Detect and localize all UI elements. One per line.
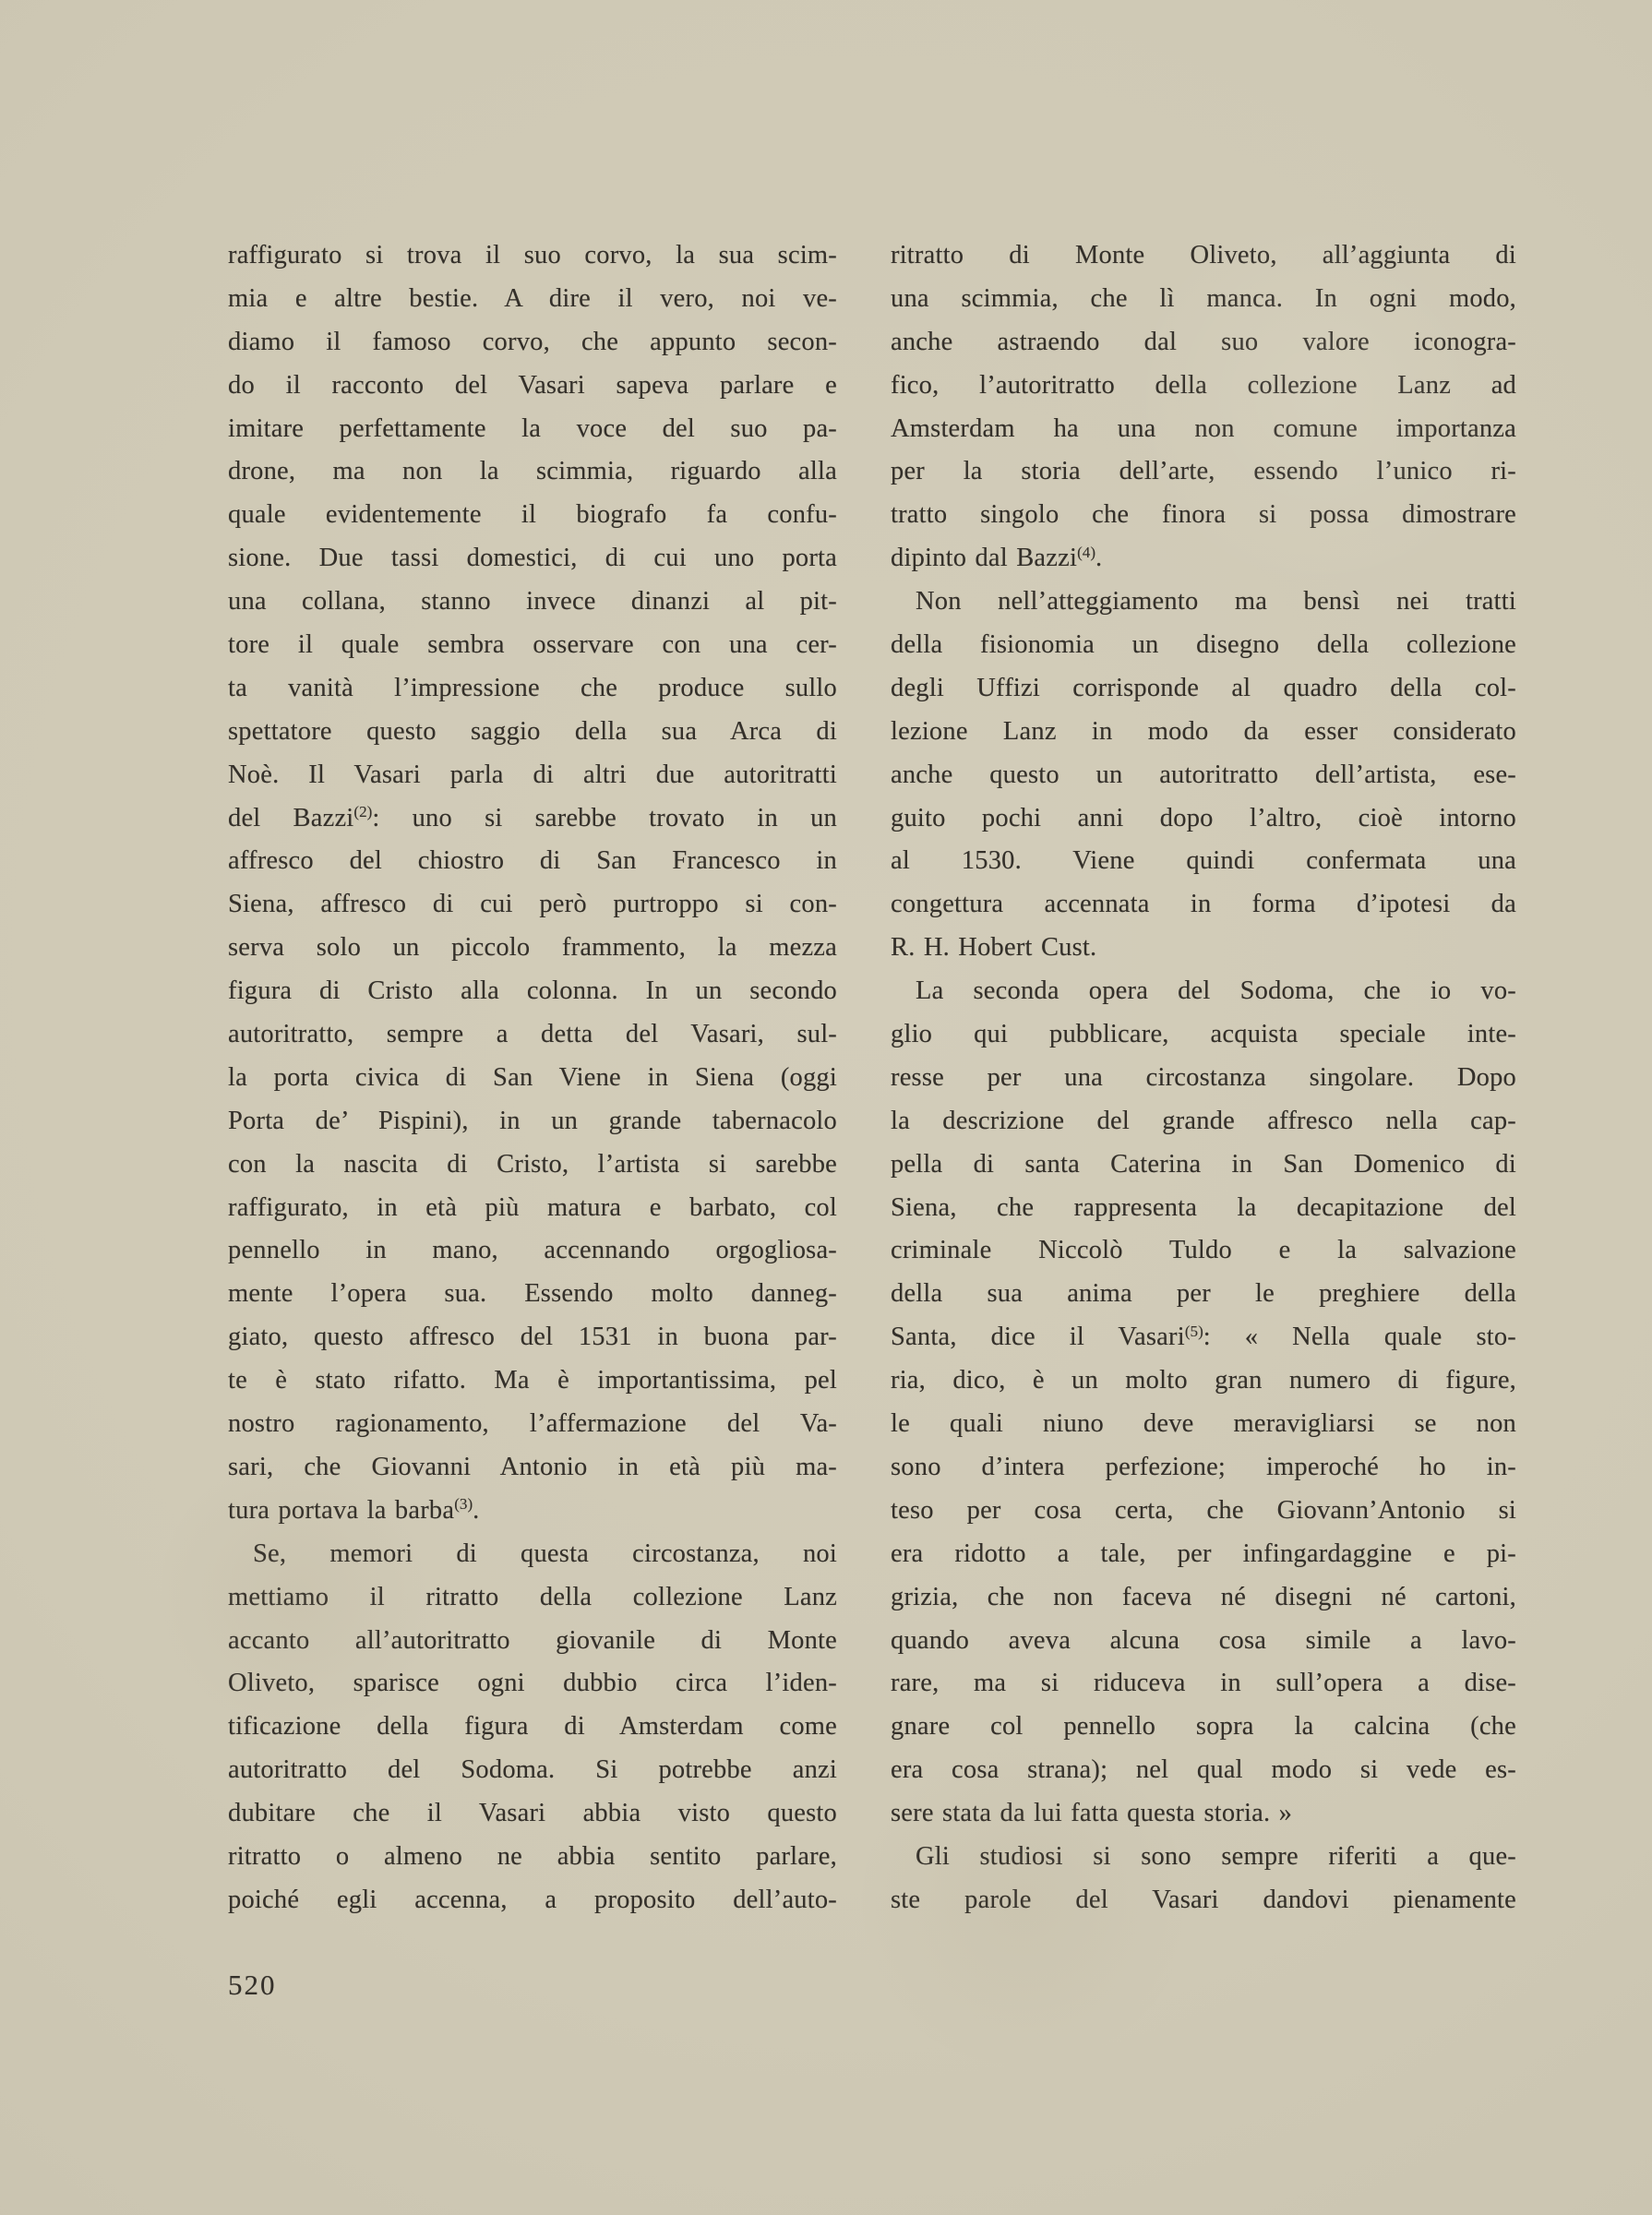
- text-line: ste parole del Vasari dandovi pienamente: [891, 1879, 1516, 1922]
- text-line: del Bazzi(2): uno si sarebbe trovato in …: [228, 797, 837, 841]
- text-line: grizia, che non faceva né disegni né car…: [891, 1576, 1516, 1620]
- text-line: anche astraendo dal suo valore iconogra-: [891, 321, 1516, 365]
- text-line: lezione Lanz in modo da esser considerat…: [891, 711, 1516, 754]
- text-line: pella di santa Caterina in San Domenico …: [891, 1143, 1516, 1187]
- text-line: quale evidentemente il biografo fa confu…: [228, 494, 837, 537]
- text-column-right: ritratto di Monte Oliveto, all’aggiunta …: [891, 234, 1516, 1922]
- text-line: della fisionomia un disegno della collez…: [891, 624, 1516, 667]
- text-line: accanto all’autoritratto giovanile di Mo…: [228, 1620, 837, 1663]
- text-line: Se, memori di questa circostanza, noi: [228, 1533, 837, 1576]
- text-line: Noè. Il Vasari parla di altri due autori…: [228, 754, 837, 797]
- text-line: ritratto di Monte Oliveto, all’aggiunta …: [891, 234, 1516, 278]
- text-line: la porta civica di San Viene in Siena (o…: [228, 1057, 837, 1100]
- text-line: congettura accennata in forma d’ipotesi …: [891, 883, 1516, 927]
- text-line: giato, questo affresco del 1531 in buona…: [228, 1316, 837, 1359]
- text-line: ritratto o almeno ne abbia sentito parla…: [228, 1836, 837, 1879]
- text-line: quando aveva alcuna cosa simile a lavo-: [891, 1620, 1516, 1663]
- text-line: glio qui pubblicare, acquista speciale i…: [891, 1013, 1516, 1057]
- text-line: figura di Cristo alla colonna. In un sec…: [228, 970, 837, 1013]
- text-line: te è stato rifatto. Ma è importantissima…: [228, 1359, 837, 1403]
- text-line: nostro ragionamento, l’affermazione del …: [228, 1403, 837, 1446]
- text-line: le quali niuno deve meravigliarsi se non: [891, 1403, 1516, 1446]
- text-line: tificazione della figura di Amsterdam co…: [228, 1706, 837, 1749]
- text-line: serva solo un piccolo frammento, la mezz…: [228, 927, 837, 970]
- text-line: dipinto dal Bazzi(4).: [891, 537, 1516, 581]
- text-line: era ridotto a tale, per infingardaggine …: [891, 1533, 1516, 1576]
- text-line: teso per cosa certa, che Giovann’Antonio…: [891, 1490, 1516, 1533]
- text-line: sione. Due tassi domestici, di cui uno p…: [228, 537, 837, 581]
- text-line: una collana, stanno invece dinanzi al pi…: [228, 581, 837, 624]
- text-line: anche questo un autoritratto dell’artist…: [891, 754, 1516, 797]
- text-line: imitare perfettamente la voce del suo pa…: [228, 408, 837, 451]
- text-line: pennello in mano, accennando orgogliosa-: [228, 1229, 837, 1273]
- text-line: mia e altre bestie. A dire il vero, noi …: [228, 278, 837, 321]
- text-line: affresco del chiostro di San Francesco i…: [228, 840, 837, 883]
- text-line: autoritratto, sempre a detta del Vasari,…: [228, 1013, 837, 1057]
- text-line: do il racconto del Vasari sapeva parlare…: [228, 365, 837, 408]
- text-line: dubitare che il Vasari abbia visto quest…: [228, 1792, 837, 1836]
- text-line: Siena, che rappresenta la decapitazione …: [891, 1187, 1516, 1230]
- text-line: mente l’opera sua. Essendo molto danneg-: [228, 1273, 837, 1316]
- text-line: poiché egli accenna, a proposito dell’au…: [228, 1879, 837, 1922]
- text-line: al 1530. Viene quindi confermata una: [891, 840, 1516, 883]
- text-line: tore il quale sembra osservare con una c…: [228, 624, 837, 667]
- text-line: raffigurato, in età più matura e barbato…: [228, 1187, 837, 1230]
- text-line: con la nascita di Cristo, l’artista si s…: [228, 1143, 837, 1187]
- text-line: Gli studiosi si sono sempre riferiti a q…: [891, 1836, 1516, 1879]
- text-line: Santa, dice il Vasari(5): « Nella quale …: [891, 1316, 1516, 1359]
- text-line: ria, dico, è un molto gran numero di fig…: [891, 1359, 1516, 1403]
- text-line: drone, ma non la scimmia, riguardo alla: [228, 450, 837, 494]
- text-line: diamo il famoso corvo, che appunto secon…: [228, 321, 837, 365]
- text-line: per la storia dell’arte, essendo l’unico…: [891, 450, 1516, 494]
- text-line: Porta de’ Pispini), in un grande taberna…: [228, 1100, 837, 1143]
- text-line: La seconda opera del Sodoma, che io vo-: [891, 970, 1516, 1013]
- text-line: spettatore questo saggio della sua Arca …: [228, 711, 837, 754]
- book-page-scan: raffigurato si trova il suo corvo, la su…: [0, 0, 1652, 2215]
- text-line: ta vanità l’impressione che produce sull…: [228, 667, 837, 711]
- text-line: sono d’intera perfezione; imperoché ho i…: [891, 1446, 1516, 1490]
- text-line: tratto singolo che finora si possa dimos…: [891, 494, 1516, 537]
- page-number: 520: [228, 1964, 277, 2006]
- text-line: degli Uffizi corrisponde al quadro della…: [891, 667, 1516, 711]
- text-line: gnare col pennello sopra la calcina (che: [891, 1706, 1516, 1749]
- text-column-left: raffigurato si trova il suo corvo, la su…: [228, 234, 837, 1922]
- text-line: Siena, affresco di cui però purtroppo si…: [228, 883, 837, 927]
- text-line: una scimmia, che lì manca. In ogni modo,: [891, 278, 1516, 321]
- text-line: era cosa strana); nel qual modo si vede …: [891, 1749, 1516, 1792]
- text-line: R. H. Hobert Cust.: [891, 927, 1516, 970]
- text-line: guito pochi anni dopo l’altro, cioè into…: [891, 797, 1516, 841]
- text-line: sere stata da lui fatta questa storia. »: [891, 1792, 1516, 1836]
- text-line: raffigurato si trova il suo corvo, la su…: [228, 234, 837, 278]
- text-line: della sua anima per le preghiere della: [891, 1273, 1516, 1316]
- text-line: mettiamo il ritratto della collezione La…: [228, 1576, 837, 1620]
- text-line: resse per una circostanza singolare. Dop…: [891, 1057, 1516, 1100]
- text-line: Oliveto, sparisce ogni dubbio circa l’id…: [228, 1662, 837, 1706]
- text-line: Amsterdam ha una non comune importanza: [891, 408, 1516, 451]
- text-line: sari, che Giovanni Antonio in età più ma…: [228, 1446, 837, 1490]
- text-line: tura portava la barba(3).: [228, 1490, 837, 1533]
- text-line: fico, l’autoritratto della collezione La…: [891, 365, 1516, 408]
- text-line: rare, ma si riduceva in sull’opera a dis…: [891, 1662, 1516, 1706]
- text-line: criminale Niccolò Tuldo e la salvazione: [891, 1229, 1516, 1273]
- text-line: autoritratto del Sodoma. Si potrebbe anz…: [228, 1749, 837, 1792]
- text-line: Non nell’atteggiamento ma bensì nei trat…: [891, 581, 1516, 624]
- text-line: la descrizione del grande affresco nella…: [891, 1100, 1516, 1143]
